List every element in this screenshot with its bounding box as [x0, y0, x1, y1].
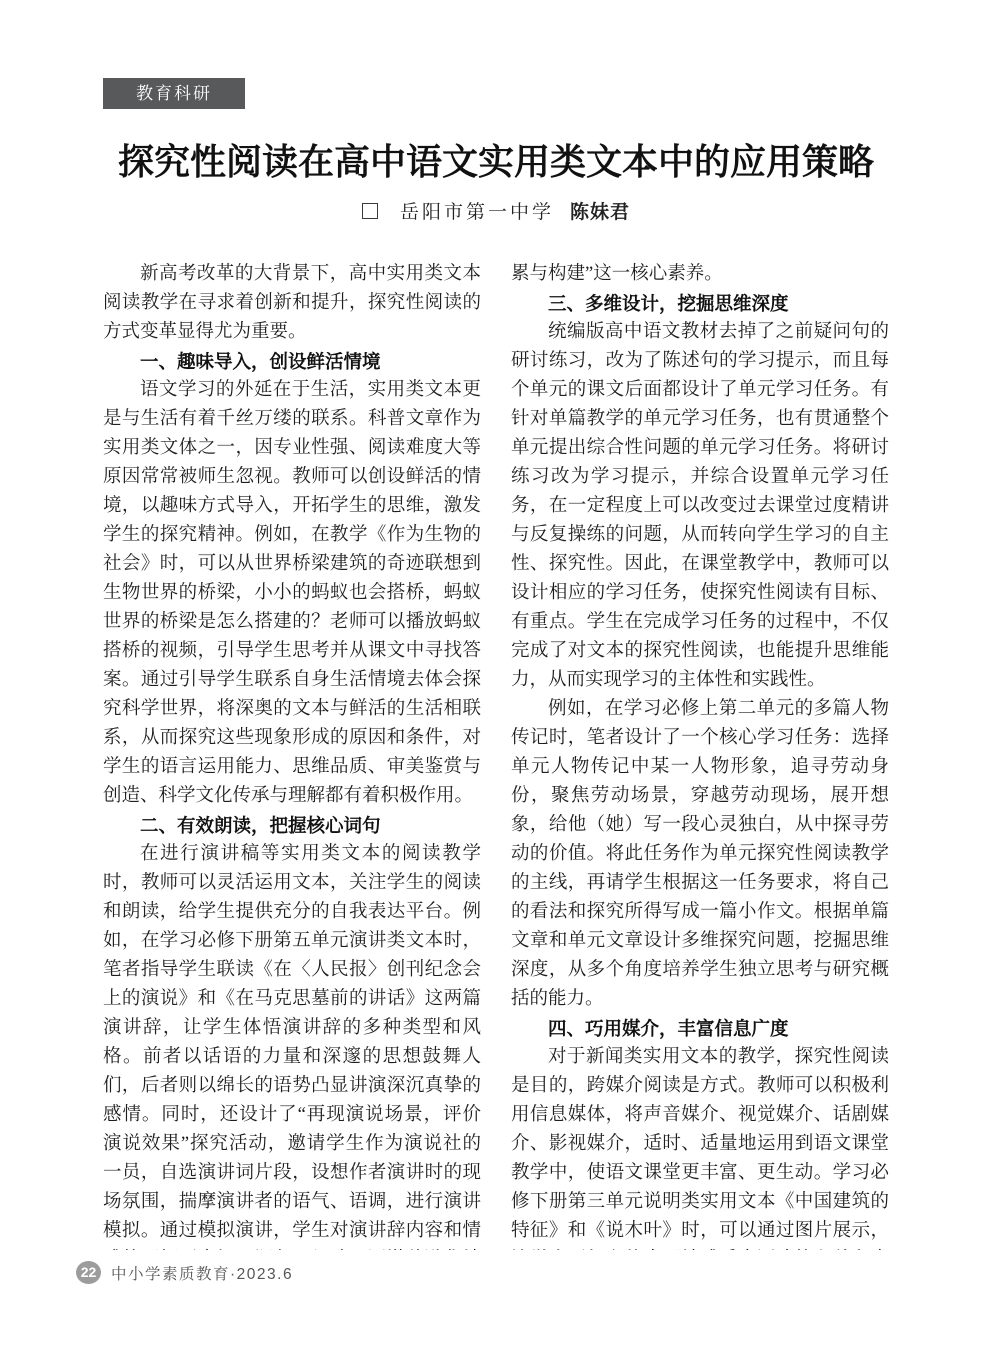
paragraph: 统编版高中语文教材去掉了之前疑问句的研讨练习，改为了陈述句的学习提示，而且每个单… — [511, 318, 889, 695]
author-line: 岳阳市第一中学陈妹君 — [0, 199, 992, 227]
page-footer: 22 中小学素质教育·2023.6 — [76, 1261, 293, 1284]
article-title: 探究性阅读在高中语文实用类文本中的应用策略 — [0, 138, 992, 186]
column-left: 新高考改革的大背景下，高中实用类文本阅读教学在寻求着创新和提升，探究性阅读的方式… — [103, 260, 481, 1250]
paragraph: 语文学习的外延在于生活，实用类文本更是与生活有着千丝万缕的联系。科普文章作为实用… — [103, 376, 481, 811]
section-heading: 二、有效朗读，把握核心词句 — [103, 811, 481, 840]
journal-name: 中小学素质教育·2023.6 — [111, 1262, 293, 1284]
paragraph: 对于新闻类实用文本的教学，探究性阅读是目的，跨媒介阅读是方式。教师可以积极利用信… — [511, 1043, 889, 1250]
author-name: 陈妹君 — [570, 202, 630, 223]
paragraph: 累与构建”这一核心素养。 — [511, 260, 889, 289]
journal-page: 教育科研 探究性阅读在高中语文实用类文本中的应用策略 岳阳市第一中学陈妹君 新高… — [0, 0, 992, 1346]
paragraph: 例如，在学习必修上第二单元的多篇人物传记时，笔者设计了一个核心学习任务：选择单元… — [511, 695, 889, 1014]
author-square-icon — [362, 203, 378, 219]
column-right: 累与构建”这一核心素养。三、多维设计，挖掘思维深度统编版高中语文教材去掉了之前疑… — [511, 260, 889, 1250]
paragraph: 在进行演讲稿等实用类文本的阅读教学时，教师可以灵活运用文本，关注学生的阅读和朗读… — [103, 840, 481, 1250]
section-heading: 一、趣味导入，创设鲜活情境 — [103, 347, 481, 376]
section-heading: 四、巧用媒介，丰富信息广度 — [511, 1014, 889, 1043]
page-number-badge: 22 — [76, 1261, 101, 1284]
paragraph: 新高考改革的大背景下，高中实用类文本阅读教学在寻求着创新和提升，探究性阅读的方式… — [103, 260, 481, 347]
section-badge: 教育科研 — [103, 78, 245, 109]
article-body: 新高考改革的大背景下，高中实用类文本阅读教学在寻求着创新和提升，探究性阅读的方式… — [103, 260, 889, 1250]
author-affiliation: 岳阳市第一中学 — [400, 202, 554, 223]
section-heading: 三、多维设计，挖掘思维深度 — [511, 289, 889, 318]
